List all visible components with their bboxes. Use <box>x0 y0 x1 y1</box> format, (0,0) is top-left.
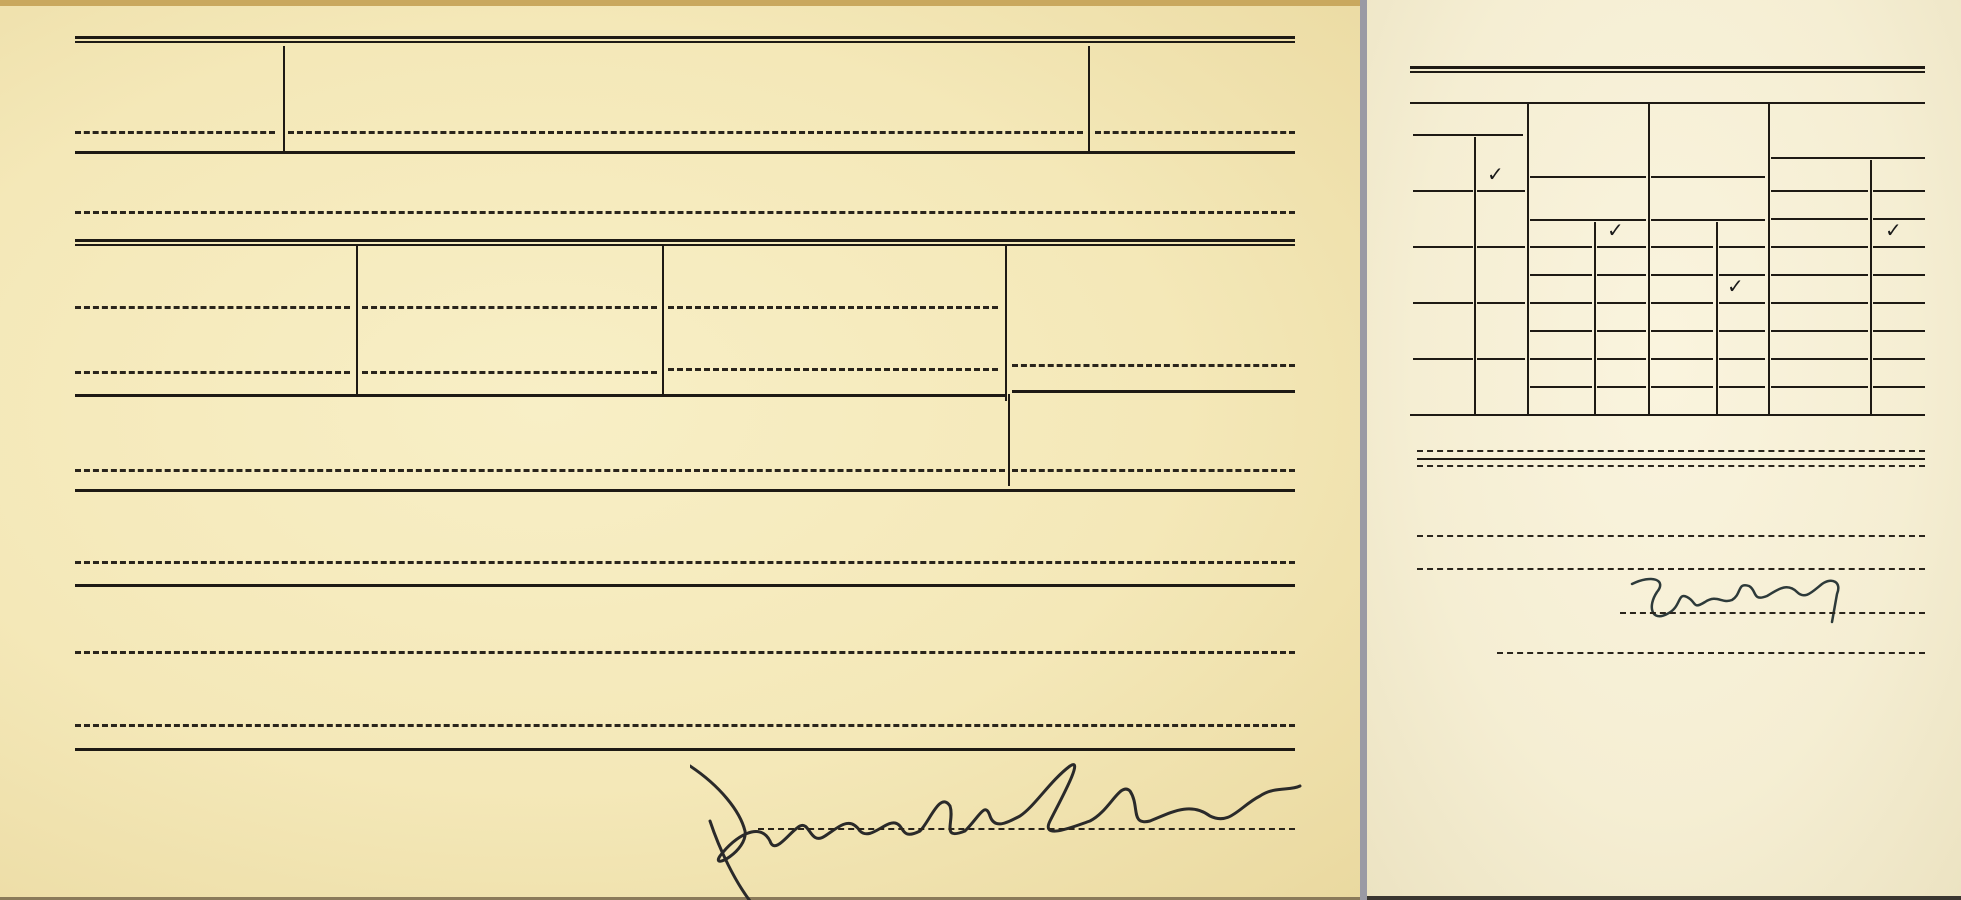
hair-row-rule <box>1651 386 1713 388</box>
hair-check-rule <box>1719 274 1765 276</box>
hair-row-rule <box>1651 274 1713 276</box>
age-divider <box>662 246 664 394</box>
contact-person-line <box>75 469 1005 472</box>
top-rule <box>75 36 1295 43</box>
eyes-blue-check-icon: ✓ <box>1607 218 1624 242</box>
hair-check-rule <box>1719 330 1765 332</box>
complexion-check-rule <box>1873 218 1925 220</box>
hair-row-rule <box>1651 358 1713 360</box>
complexion-check-rule <box>1873 358 1925 360</box>
place-of-birth-town-line <box>668 306 998 309</box>
exceptions-line-1 <box>1417 535 1925 537</box>
eyes-row-rule <box>1530 330 1592 332</box>
registrar-report-card: ✓ ✓ ✓ ✓ <box>1367 0 1961 900</box>
serial-divider <box>283 46 285 151</box>
race-white-check-icon: ✓ <box>1487 162 1504 186</box>
registrar-signature-icon <box>1627 572 1847 627</box>
eyes-check-rule <box>1597 246 1646 248</box>
eyes-check-rule <box>1597 358 1646 360</box>
relationship-divider <box>1008 394 1010 486</box>
rule-after-employment <box>75 748 1295 751</box>
eyes-check-rule <box>1597 274 1646 276</box>
hair-row-rule <box>1651 246 1713 248</box>
complexion-row-rule <box>1771 218 1868 220</box>
rule-after-name <box>75 151 1295 154</box>
telephone-exchange-line <box>75 306 350 309</box>
telephone-number-line <box>75 371 350 374</box>
race-col-divider <box>1527 104 1529 414</box>
complexion-check-rule <box>1873 330 1925 332</box>
complexion-row-rule <box>1771 246 1868 248</box>
eyes-check-col <box>1594 222 1596 414</box>
rule-after-contact <box>75 489 1295 492</box>
hair-check-col <box>1716 222 1718 414</box>
hair-check-rule <box>1719 358 1765 360</box>
height-rule <box>1530 176 1646 178</box>
serial-number-line <box>75 131 275 134</box>
registrar-signature-line <box>1620 612 1925 614</box>
race-row-rule <box>1413 358 1473 360</box>
complexion-row-rule <box>1771 330 1868 332</box>
rule-after-birth <box>75 394 1005 397</box>
complexion-row-rule <box>1771 302 1868 304</box>
relationship-line <box>1012 469 1295 472</box>
exceptions-line-2 <box>1417 568 1925 570</box>
complexion-row-rule <box>1771 274 1868 276</box>
report-title-rule <box>1410 66 1925 73</box>
name-line <box>288 131 1083 134</box>
complexion-check-rule <box>1873 190 1925 192</box>
eyes-row-rule <box>1530 358 1592 360</box>
age-line <box>362 306 657 309</box>
rule-after-address <box>75 239 1295 246</box>
complexion-check-rule <box>1873 386 1925 388</box>
place-of-birth-divider <box>1005 246 1007 401</box>
complexion-check-col <box>1870 160 1872 414</box>
employment-line <box>75 724 1295 727</box>
weight-rule <box>1651 176 1765 178</box>
eyes-row-rule <box>1530 302 1592 304</box>
other-line-1 <box>1417 465 1925 467</box>
eyes-row-rule <box>1530 246 1592 248</box>
complexion-row-rule <box>1771 358 1868 360</box>
contact-address-line <box>75 561 1295 564</box>
race-check-col <box>1474 137 1476 414</box>
hair-header-rule <box>1651 219 1765 221</box>
eyes-check-rule <box>1597 386 1646 388</box>
hair-check-rule <box>1719 386 1765 388</box>
eyes-row-rule <box>1530 386 1592 388</box>
race-row-rule <box>1413 302 1473 304</box>
complexion-check-rule <box>1873 302 1925 304</box>
citizenship-line <box>1012 364 1295 367</box>
hair-check-rule <box>1719 302 1765 304</box>
complexion-check-rule <box>1873 246 1925 248</box>
hair-check-rule <box>1719 246 1765 248</box>
weight-col-divider <box>1768 104 1770 414</box>
race-header-rule <box>1413 134 1523 136</box>
registrant-signature-icon <box>690 761 1310 900</box>
hair-brown-check-icon: ✓ <box>1727 274 1744 298</box>
order-divider <box>1088 46 1090 151</box>
certify-rule <box>1417 458 1925 460</box>
race-row-rule <box>1413 246 1473 248</box>
rule-after-contact-address <box>75 584 1295 587</box>
other-line-2 <box>1417 450 1925 452</box>
hair-row-rule <box>1651 302 1713 304</box>
race-check-rule <box>1477 246 1525 248</box>
description-rule <box>1410 102 1925 104</box>
eyes-row-rule <box>1530 274 1592 276</box>
table-bottom-rule <box>1410 414 1925 416</box>
complexion-check-rule <box>1873 274 1925 276</box>
race-row-rule <box>1413 190 1473 192</box>
complexion-row-rule <box>1771 386 1868 388</box>
complexion-header-rule <box>1771 157 1925 159</box>
card-divider <box>1360 0 1367 900</box>
place-of-birth-state-line <box>668 368 998 371</box>
address-line <box>75 211 1295 214</box>
eyes-header-rule <box>1530 219 1646 221</box>
race-check-rule <box>1477 302 1525 304</box>
telephone-divider <box>356 246 358 394</box>
complexion-row-rule <box>1771 190 1868 192</box>
eyes-check-rule <box>1597 302 1646 304</box>
eyes-check-rule <box>1597 330 1646 332</box>
registrant-signature-line <box>758 828 1295 830</box>
dob-line <box>362 371 657 374</box>
registration-card <box>0 0 1360 900</box>
race-check-rule <box>1477 358 1525 360</box>
employer-line <box>75 651 1295 654</box>
rule-after-citizenship <box>1012 390 1295 393</box>
race-check-rule <box>1477 190 1525 192</box>
height-col-divider <box>1648 104 1650 414</box>
order-number-line <box>1095 131 1295 134</box>
complexion-ruddy-check-icon: ✓ <box>1885 218 1902 242</box>
hair-row-rule <box>1651 330 1713 332</box>
registrar-for-line <box>1497 652 1925 654</box>
